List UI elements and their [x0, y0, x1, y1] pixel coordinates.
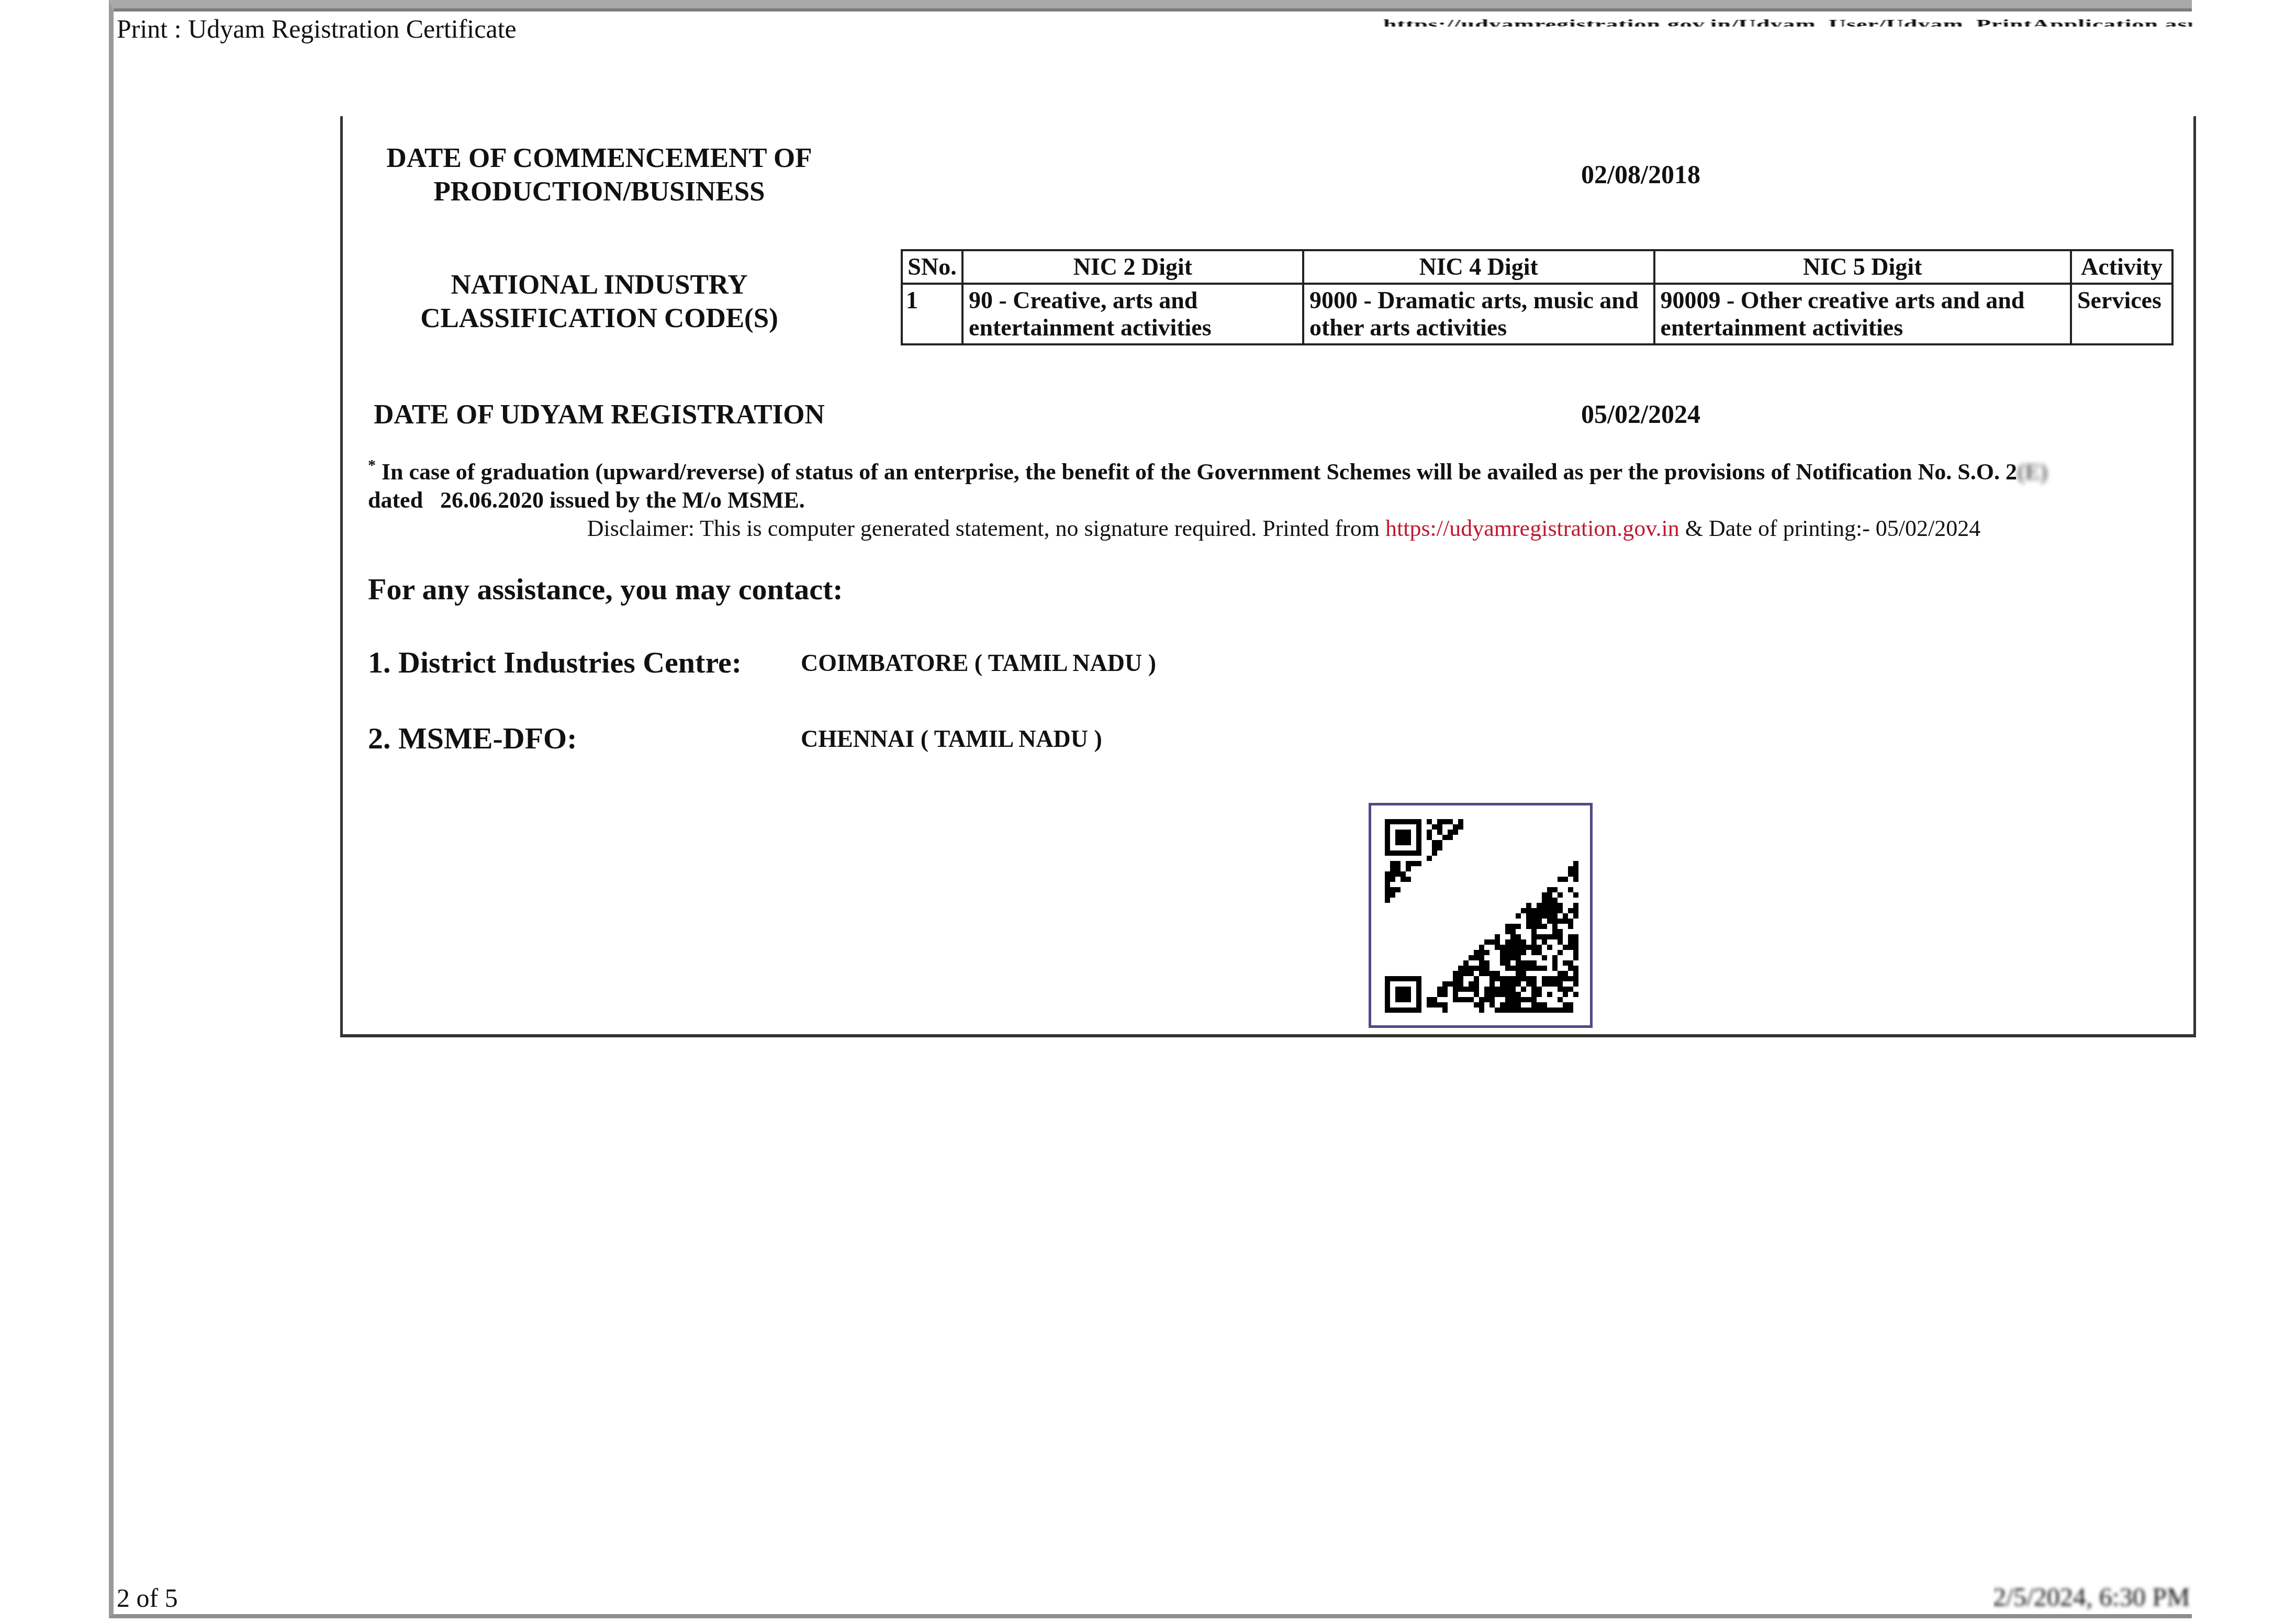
cell-activity: Services — [2071, 284, 2172, 344]
graduation-note: * In case of graduation (upward/reverse)… — [368, 451, 2168, 514]
col-activity: Activity — [2071, 250, 2172, 284]
qr-code — [1369, 803, 1593, 1028]
nic-table-header: SNo. NIC 2 Digit NIC 4 Digit NIC 5 Digit… — [902, 250, 2172, 284]
cell-sno: 1 — [902, 284, 962, 344]
assistance-heading: For any assistance, you may contact: — [368, 572, 843, 607]
printed-page: Print : Udyam Registration Certificate h… — [109, 0, 2192, 1618]
nic-table: SNo. NIC 2 Digit NIC 4 Digit NIC 5 Digit… — [901, 249, 2174, 345]
registration-label: DATE OF UDYAM REGISTRATION — [364, 398, 835, 431]
print-header-url: https://udyamregistration.gov.in/Udyam_U… — [1383, 17, 2192, 27]
commencement-label-line2: PRODUCTION/BUSINESS — [364, 175, 835, 208]
col-sno: SNo. — [902, 250, 962, 284]
cell-nic2: 90 - Creative, arts and entertainment ac… — [962, 284, 1303, 344]
commencement-date: 02/08/2018 — [1458, 159, 1824, 189]
nic-label-line2: CLASSIFICATION CODE(S) — [364, 301, 835, 335]
disclaimer-prefix: Disclaimer: This is computer generated s… — [587, 516, 1380, 541]
commencement-label: DATE OF COMMENCEMENT OF PRODUCTION/BUSIN… — [364, 141, 835, 208]
disclaimer-suffix: & Date of printing:- 05/02/2024 — [1685, 516, 1981, 541]
col-nic2: NIC 2 Digit — [962, 250, 1303, 284]
registration-date: 05/02/2024 — [1458, 399, 1824, 429]
cell-nic4: 9000 - Dramatic arts, music and other ar… — [1303, 284, 1654, 344]
dic-value: COIMBATORE ( TAMIL NADU ) — [801, 649, 1156, 677]
dic-label: 1. District Industries Centre: — [368, 645, 742, 680]
col-nic5: NIC 5 Digit — [1654, 250, 2071, 284]
print-footer-datetime: 2/5/2024, 6:30 PM — [1993, 1582, 2192, 1612]
table-row: 1 90 - Creative, arts and entertainment … — [902, 284, 2172, 344]
print-header-title: Print : Udyam Registration Certificate — [117, 14, 517, 44]
udyam-registration-link[interactable]: https://udyamregistration.gov.in — [1385, 516, 1679, 541]
certificate-box: DATE OF COMMENCEMENT OF PRODUCTION/BUSIN… — [340, 116, 2196, 1037]
commencement-label-line1: DATE OF COMMENCEMENT OF — [364, 141, 835, 175]
msme-dfo-label: 2. MSME-DFO: — [368, 721, 577, 756]
col-nic4: NIC 4 Digit — [1303, 250, 1654, 284]
nic-label-line1: NATIONAL INDUSTRY — [364, 268, 835, 301]
nic-label: NATIONAL INDUSTRY CLASSIFICATION CODE(S) — [364, 268, 835, 335]
note-redacted-text: (E) — [2017, 458, 2048, 486]
footer-datetime-text: 2/5/2024, 6:30 PM — [1993, 1582, 2190, 1611]
qr-code-icon — [1385, 819, 1578, 1013]
print-footer-page: 2 of 5 — [117, 1583, 178, 1613]
note-marker: * — [368, 456, 376, 474]
note-text-line1: In case of graduation (upward/reverse) o… — [382, 459, 2017, 485]
disclaimer: Disclaimer: This is computer generated s… — [343, 515, 2193, 542]
msme-dfo-value: CHENNAI ( TAMIL NADU ) — [801, 725, 1102, 753]
cell-nic5: 90009 - Other creative arts and and ente… — [1654, 284, 2071, 344]
note-text-line2: dated 26.06.2020 issued by the M/o MSME. — [368, 487, 805, 513]
